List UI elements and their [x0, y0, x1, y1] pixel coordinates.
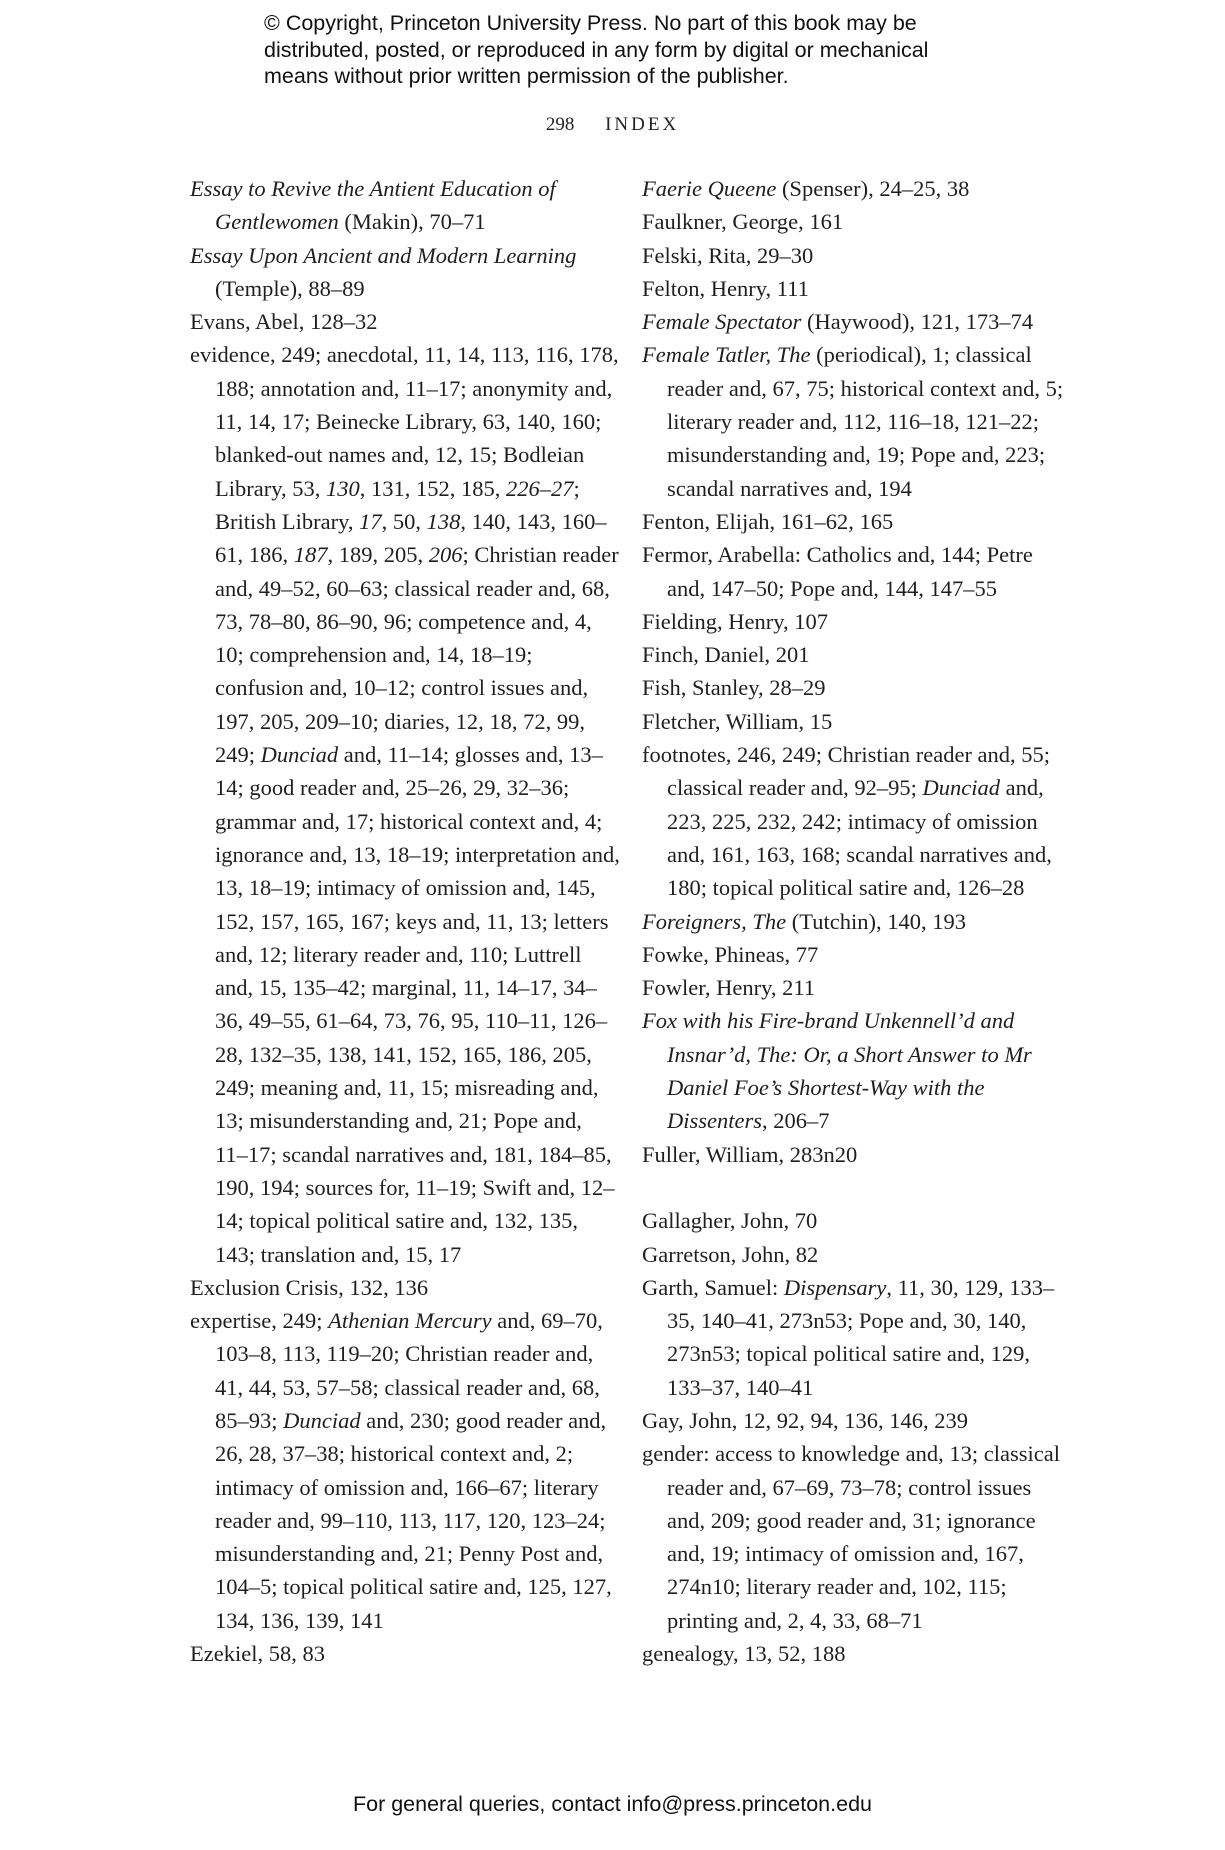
index-entry: Female Spectator (Haywood), 121, 173–74: [642, 305, 1072, 338]
index-entry: Fowke, Phineas, 77: [642, 938, 1072, 971]
index-entry: Fielding, Henry, 107: [642, 605, 1072, 638]
index-entry: Fowler, Henry, 211: [642, 971, 1072, 1004]
index-entry-text: gender: access to knowledge and, 13; cla…: [642, 1441, 1060, 1632]
index-entry-text: Fowler, Henry, 211: [642, 975, 815, 1000]
index-entry: Gay, John, 12, 92, 94, 136, 146, 239: [642, 1404, 1072, 1437]
copyright-line-1: © Copyright, Princeton University Press.…: [264, 10, 1024, 37]
index-entry: Essay to Revive the Antient Education of…: [190, 172, 620, 239]
index-entry-text: Fermor, Arabella: Catholics and, 144; Pe…: [642, 542, 1033, 600]
index-entry: Fuller, William, 283n20: [642, 1138, 1072, 1171]
index-entry-text: Garretson, John, 82: [642, 1242, 818, 1267]
section-title: INDEX: [605, 114, 679, 135]
index-entry-italic-text: 187: [294, 542, 328, 567]
index-entry-text: (Spenser), 24–25, 38: [776, 176, 969, 201]
copyright-notice: © Copyright, Princeton University Press.…: [264, 10, 1024, 90]
index-entry: Fish, Stanley, 28–29: [642, 671, 1072, 704]
index-entry-text: expertise, 249;: [190, 1308, 328, 1333]
index-entry: Foreigners, The (Tutchin), 140, 193: [642, 905, 1072, 938]
index-entry-italic-text: Dunciad: [261, 742, 339, 767]
index-entry-italic-text: 226–27: [506, 476, 574, 501]
letter-group-gap: [642, 1171, 1072, 1204]
index-entry: Felton, Henry, 111: [642, 272, 1072, 305]
index-entry-text: (Makin), 70–71: [339, 209, 486, 234]
index-entry: Fox with his Fire-brand Unkennell’d and …: [642, 1004, 1072, 1137]
index-entry-text: genealogy, 13, 52, 188: [642, 1641, 846, 1666]
index-entry-text: (Haywood), 121, 173–74: [801, 309, 1033, 334]
index-entry: Faulkner, George, 161: [642, 205, 1072, 238]
index-entry-italic-text: Fox with his Fire-brand Unkennell’d and …: [642, 1008, 1032, 1133]
index-entry: gender: access to knowledge and, 13; cla…: [642, 1437, 1072, 1637]
index-entry-text: Felski, Rita, 29–30: [642, 243, 813, 268]
copyright-line-2: distributed, posted, or reproduced in an…: [264, 37, 1024, 64]
index-entry: Fermor, Arabella: Catholics and, 144; Pe…: [642, 538, 1072, 605]
index-entry-text: , 131, 152, 185,: [360, 476, 506, 501]
index-entry-text: Fenton, Elijah, 161–62, 165: [642, 509, 893, 534]
index-entry: Garth, Samuel: Dispensary, 11, 30, 129, …: [642, 1271, 1072, 1404]
contact-footer: For general queries, contact info@press.…: [0, 1792, 1225, 1817]
index-entry: Ezekiel, 58, 83: [190, 1637, 620, 1670]
contact-text: For general queries, contact info@press.…: [353, 1792, 872, 1816]
index-entry-italic-text: 130: [326, 476, 360, 501]
index-entry: Evans, Abel, 128–32: [190, 305, 620, 338]
page-number: 298: [546, 114, 575, 135]
index-entry-italic-text: Faerie Queene: [642, 176, 776, 201]
index-entry-italic-text: Athenian Mercury: [328, 1308, 492, 1333]
index-entry: expertise, 249; Athenian Mercury and, 69…: [190, 1304, 620, 1637]
index-entry-italic-text: Female Spectator: [642, 309, 801, 334]
index-entry-text: ; Christian reader and, 49–52, 60–63; cl…: [215, 542, 619, 767]
index-entry: Gallagher, John, 70: [642, 1204, 1072, 1237]
index-entry-text: Exclusion Crisis, 132, 136: [190, 1275, 428, 1300]
index-entry-text: , 50,: [382, 509, 427, 534]
index-entry: Felski, Rita, 29–30: [642, 239, 1072, 272]
index-entry-text: Garth, Samuel:: [642, 1275, 784, 1300]
index-entry-text: Fowke, Phineas, 77: [642, 942, 818, 967]
index-entry-text: , 206–7: [762, 1108, 830, 1133]
index-entry-italic-text: 206: [429, 542, 463, 567]
index-entry: Female Tatler, The (periodical), 1; clas…: [642, 338, 1072, 504]
index-column-right: Faerie Queene (Spenser), 24–25, 38Faulkn…: [642, 172, 1072, 1670]
index-entry-text: Gay, John, 12, 92, 94, 136, 146, 239: [642, 1408, 968, 1433]
index-entry-text: Fuller, William, 283n20: [642, 1142, 857, 1167]
index-entry-italic-text: Essay Upon Ancient and Modern Learning: [190, 243, 576, 268]
index-entry-text: and, 11–14; glosses and, 13–14; good rea…: [215, 742, 620, 1266]
copyright-line-3: means without prior written permission o…: [264, 63, 1024, 90]
index-entry: Finch, Daniel, 201: [642, 638, 1072, 671]
index-entry-text: , 189, 205,: [328, 542, 429, 567]
running-head: 298 INDEX: [0, 114, 1225, 136]
index-entry: Garretson, John, 82: [642, 1238, 1072, 1271]
index-entry-text: (Tutchin), 140, 193: [786, 909, 966, 934]
index-entry: evidence, 249; anecdotal, 11, 14, 113, 1…: [190, 338, 620, 1270]
index-entry-text: Faulkner, George, 161: [642, 209, 843, 234]
index-entry-text: (Temple), 88–89: [215, 276, 365, 301]
index-entry-text: Felton, Henry, 111: [642, 276, 809, 301]
index-entry-italic-text: Foreigners, The: [642, 909, 786, 934]
index-entry-text: Evans, Abel, 128–32: [190, 309, 377, 334]
index-entry: Exclusion Crisis, 132, 136: [190, 1271, 620, 1304]
index-entry-italic-text: Dispensary: [784, 1275, 887, 1300]
index-entry-text: Fletcher, William, 15: [642, 709, 832, 734]
index-entry-italic-text: 17: [359, 509, 382, 534]
index-entry: footnotes, 246, 249; Christian reader an…: [642, 738, 1072, 904]
index-entry-text: Finch, Daniel, 201: [642, 642, 809, 667]
index-entry: Faerie Queene (Spenser), 24–25, 38: [642, 172, 1072, 205]
index-entry: Fenton, Elijah, 161–62, 165: [642, 505, 1072, 538]
index-column-left: Essay to Revive the Antient Education of…: [190, 172, 620, 1670]
index-entry-text: Fielding, Henry, 107: [642, 609, 828, 634]
index-entry: genealogy, 13, 52, 188: [642, 1637, 1072, 1670]
index-entry-text: Ezekiel, 58, 83: [190, 1641, 325, 1666]
index-entry: Essay Upon Ancient and Modern Learning (…: [190, 239, 620, 306]
index-entry-italic-text: Dunciad: [283, 1408, 361, 1433]
index-entry-text: Fish, Stanley, 28–29: [642, 675, 826, 700]
index-entry-italic-text: 138: [427, 509, 461, 534]
index-entry-italic-text: Female Tatler, The: [642, 342, 811, 367]
index-entry: Fletcher, William, 15: [642, 705, 1072, 738]
index-entry-italic-text: Dunciad: [923, 775, 1001, 800]
index-entry-text: Gallagher, John, 70: [642, 1208, 817, 1233]
index-entry-text: and, 230; good reader and, 26, 28, 37–38…: [215, 1408, 612, 1633]
